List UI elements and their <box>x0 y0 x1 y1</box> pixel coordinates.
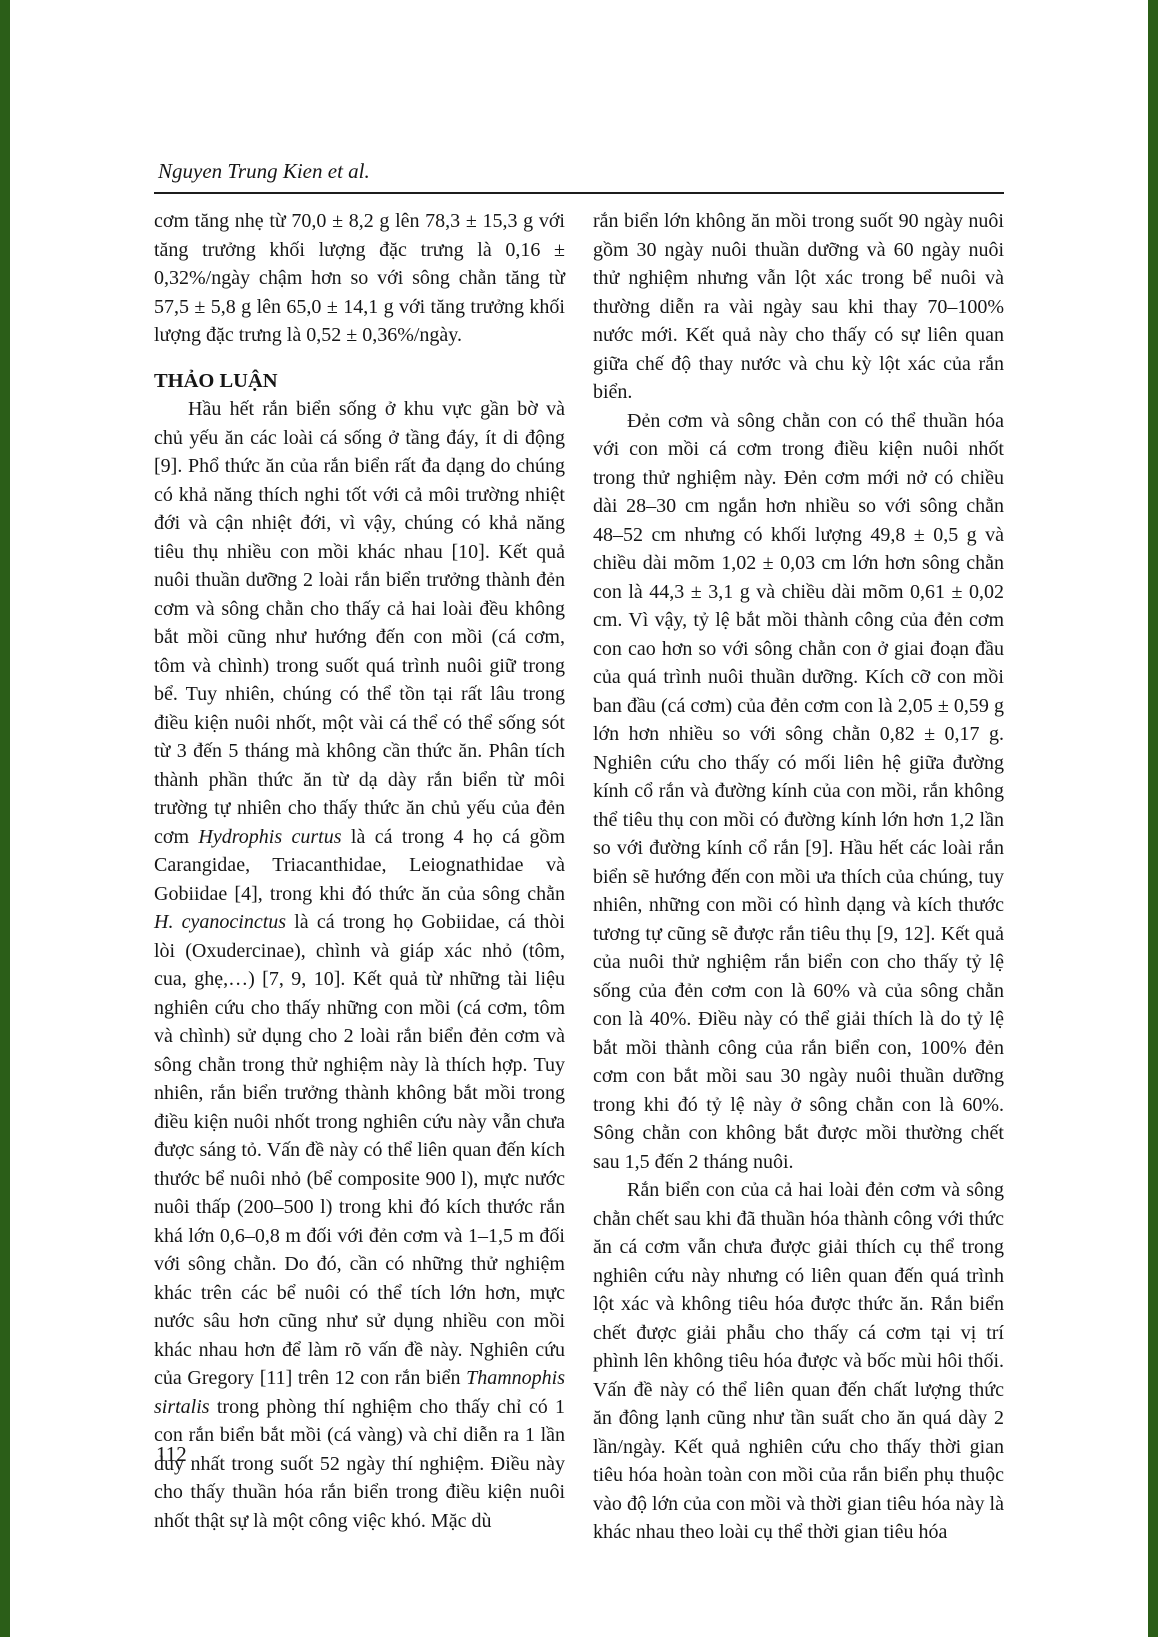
running-head: Nguyen Trung Kien et al. <box>158 158 1004 184</box>
paragraph-continuation: cơm tăng nhẹ từ 70,0 ± 8,2 g lên 78,3 ± … <box>154 207 565 350</box>
paragraph-text: rắn biển lớn không ăn mồi trong suốt 90 … <box>593 210 1004 403</box>
species-name-h-cyanocinctus: H. cyanocinctus <box>154 911 286 933</box>
scanned-paper-page: Nguyen Trung Kien et al. cơm tăng nhẹ từ… <box>0 0 1158 1637</box>
two-column-body: cơm tăng nhẹ từ 70,0 ± 8,2 g lên 78,3 ± … <box>154 207 1004 1547</box>
header-rule <box>154 192 1004 194</box>
scan-edge-right <box>1148 0 1158 1637</box>
paragraph-text: trong phòng thí nghiệm cho thấy chỉ có 1… <box>154 1396 565 1532</box>
paragraph-text: Hầu hết rắn biển sống ở khu vực gần bờ v… <box>154 398 565 848</box>
paragraph-text: Rắn biển con của cả hai loài đẻn cơm và … <box>593 1179 1004 1543</box>
species-name-hydrophis-curtus: Hydrophis curtus <box>198 826 341 848</box>
paragraph: Đẻn cơm và sông chằn con có thể thuần hó… <box>593 407 1004 1177</box>
paragraph-text: Đẻn cơm và sông chằn con có thể thuần hó… <box>593 410 1004 1173</box>
page-content: Nguyen Trung Kien et al. cơm tăng nhẹ từ… <box>154 158 1004 1547</box>
section-heading-thao-luan: THẢO LUẬN <box>154 367 565 396</box>
left-column: cơm tăng nhẹ từ 70,0 ± 8,2 g lên 78,3 ± … <box>154 207 565 1547</box>
paragraph: Hầu hết rắn biển sống ở khu vực gần bờ v… <box>154 395 565 1535</box>
scan-edge-left <box>0 0 10 1637</box>
page-number: 112 <box>156 1442 187 1467</box>
paragraph-continuation: rắn biển lớn không ăn mồi trong suốt 90 … <box>593 207 1004 407</box>
paragraph-text: cơm tăng nhẹ từ 70,0 ± 8,2 g lên 78,3 ± … <box>154 210 565 346</box>
paragraph-text: là cá trong họ Gobiidae, cá thòi lòi (Ox… <box>154 911 565 1389</box>
paragraph: Rắn biển con của cả hai loài đẻn cơm và … <box>593 1176 1004 1547</box>
right-column: rắn biển lớn không ăn mồi trong suốt 90 … <box>593 207 1004 1547</box>
